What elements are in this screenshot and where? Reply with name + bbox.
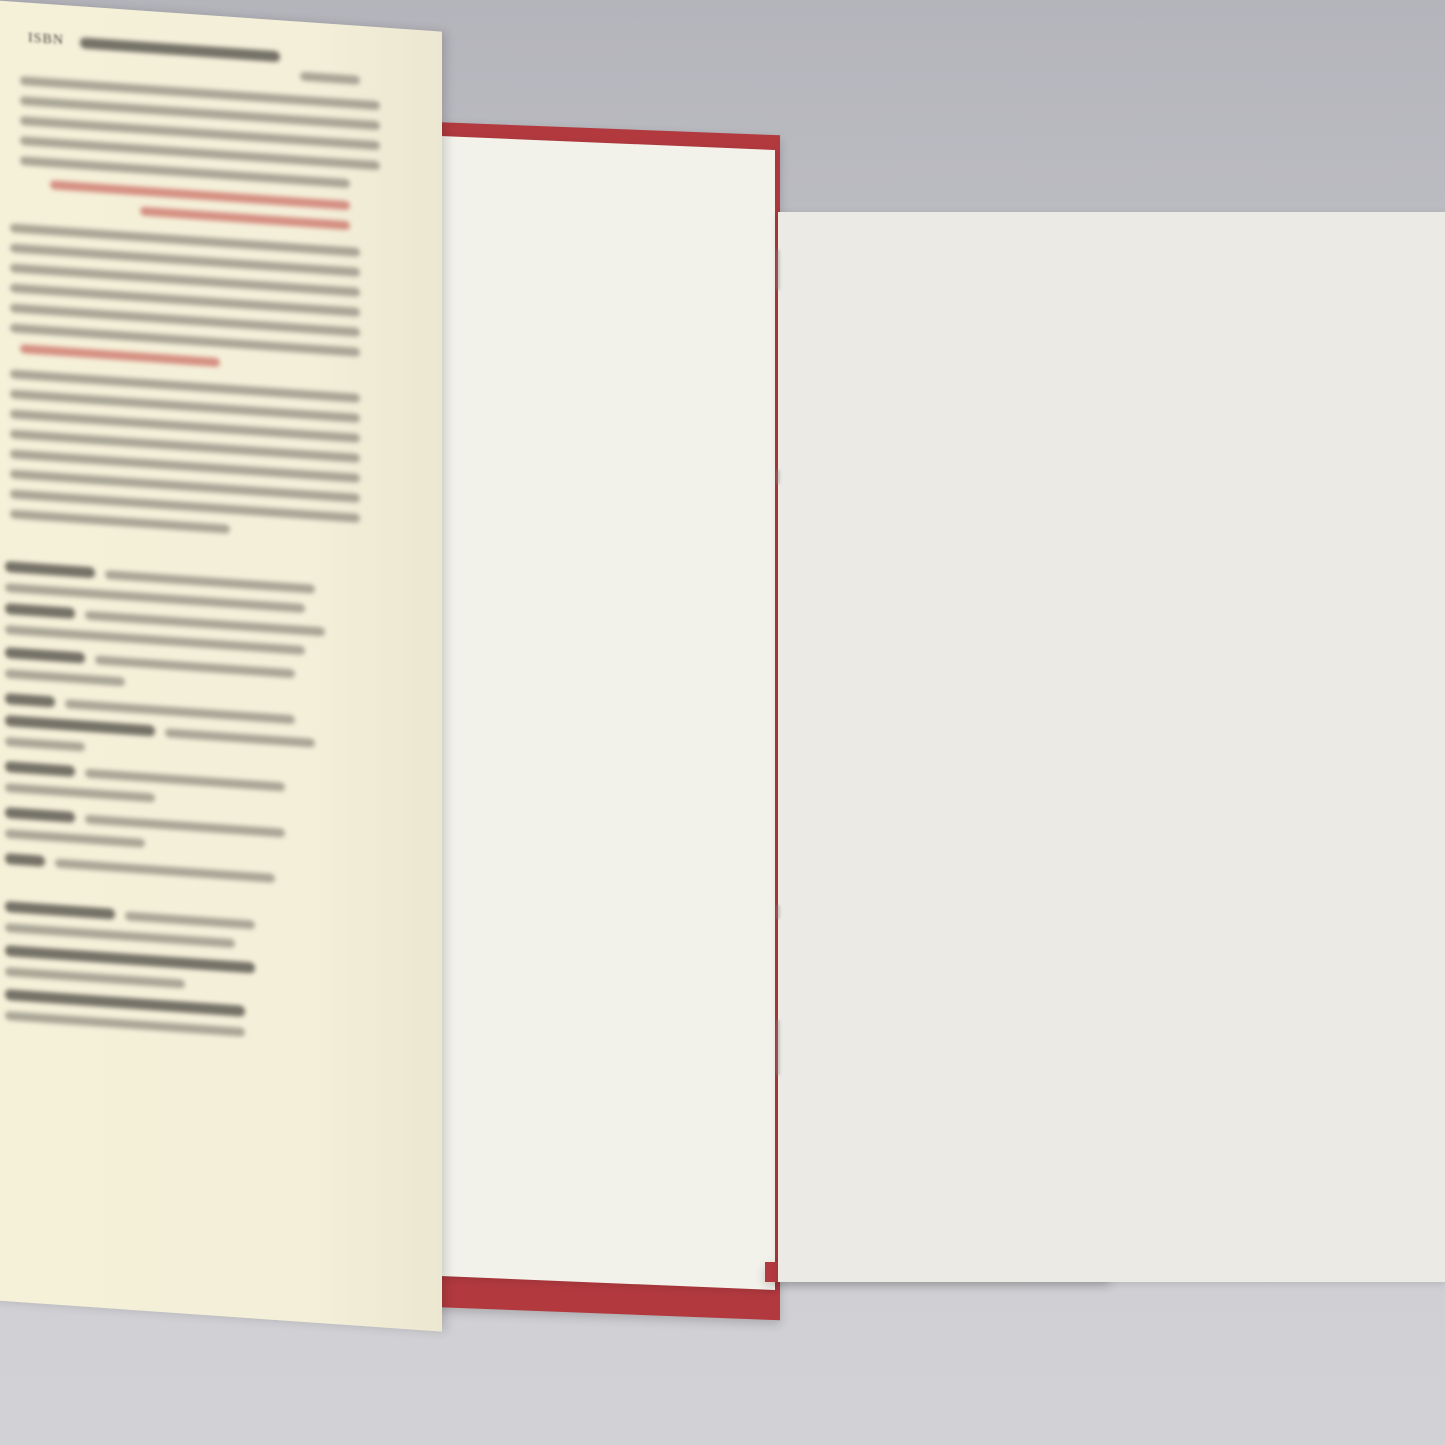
text-line xyxy=(5,783,155,802)
text-line xyxy=(125,911,255,929)
book-photo: ISBN xyxy=(0,0,1445,1445)
isbn-label: ISBN xyxy=(28,31,64,50)
text-line-bold xyxy=(5,901,115,920)
text-line xyxy=(5,737,85,752)
gutter-marks xyxy=(776,470,780,484)
text-line-bold xyxy=(5,807,75,823)
text-line-bold xyxy=(5,715,155,736)
text-line xyxy=(5,923,235,948)
text-line xyxy=(85,769,285,792)
dust-jacket-flap: ISBN xyxy=(0,0,442,1332)
text-line xyxy=(5,829,145,848)
price xyxy=(300,72,360,85)
text-line-bold xyxy=(5,603,75,619)
text-line xyxy=(65,699,295,724)
text-line-red xyxy=(20,344,220,367)
text-line-bold xyxy=(5,853,45,867)
gutter-marks xyxy=(776,250,780,290)
text-line-bold xyxy=(5,761,75,777)
text-line xyxy=(165,728,315,747)
right-page xyxy=(778,212,1445,1282)
text-line xyxy=(105,570,315,594)
text-line xyxy=(95,655,295,678)
text-line xyxy=(85,815,285,838)
text-line-red xyxy=(140,206,350,230)
text-line xyxy=(5,669,125,686)
text-line-bold xyxy=(5,561,95,578)
gutter-marks xyxy=(776,905,780,919)
gutter-marks xyxy=(776,1020,780,1075)
isbn-number xyxy=(80,37,280,62)
text-line-bold xyxy=(5,693,55,707)
text-line xyxy=(10,509,230,533)
text-line-bold xyxy=(5,647,85,664)
text-line xyxy=(55,859,275,883)
text-line xyxy=(5,1011,245,1037)
text-line xyxy=(5,967,185,989)
